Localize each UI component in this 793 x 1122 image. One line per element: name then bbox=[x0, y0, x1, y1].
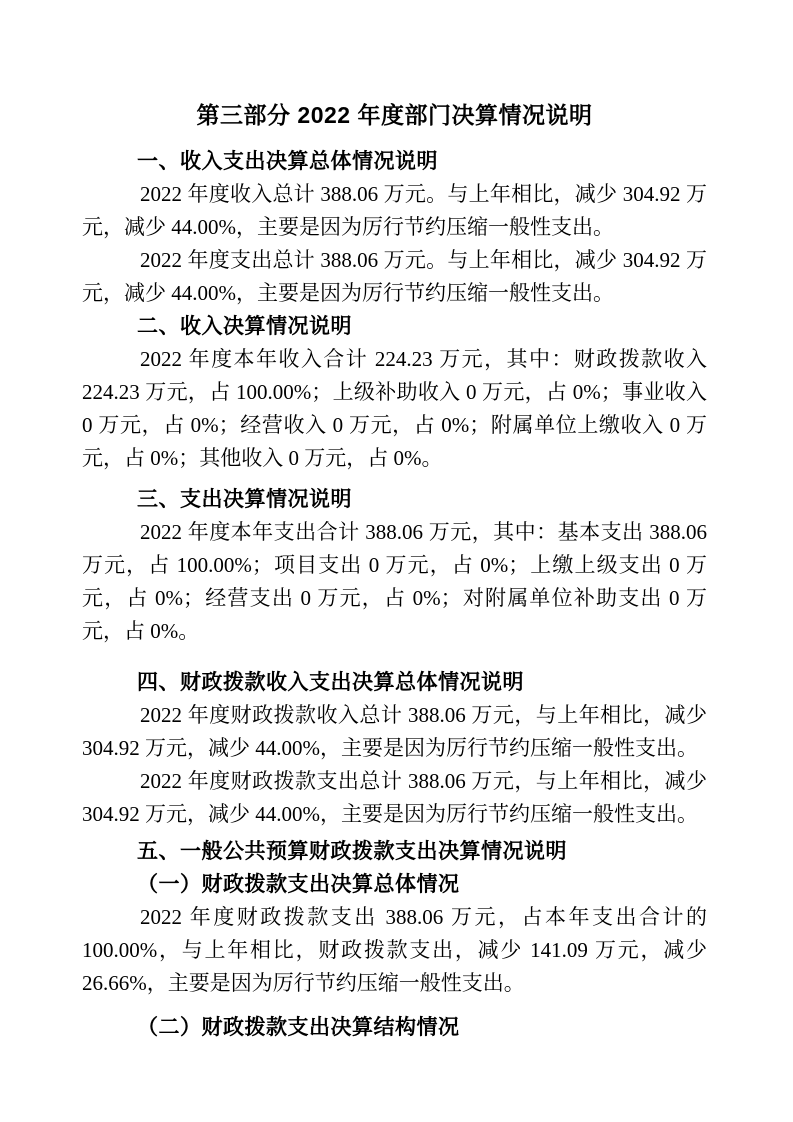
section-1-paragraph-1: 2022 年度收入总计 388.06 万元。与上年相比，减少 304.92 万元… bbox=[82, 178, 707, 244]
section-4-paragraph-1: 2022 年度财政拨款收入总计 388.06 万元，与上年相比，减少 304.9… bbox=[82, 699, 707, 765]
section-5-heading: 五、一般公共预算财政拨款支出决算情况说明 bbox=[82, 835, 707, 868]
section-2-paragraph-1: 2022 年度本年收入合计 224.23 万元，其中：财政拨款收入 224.23… bbox=[82, 343, 707, 475]
section-5-subsection-1-heading: （一）财政拨款支出决算总体情况 bbox=[82, 868, 707, 901]
section-3-heading: 三、支出决算情况说明 bbox=[82, 483, 707, 516]
section-5-subsection-1-paragraph-1: 2022 年度财政拨款支出 388.06 万元，占本年支出合计的 100.00%… bbox=[82, 901, 707, 1000]
section-3-paragraph-1: 2022 年度本年支出合计 388.06 万元，其中：基本支出 388.06 万… bbox=[82, 516, 707, 648]
document-title: 第三部分 2022 年度部门决算情况说明 bbox=[82, 99, 707, 132]
section-5-subsection-2-heading: （二）财政拨款支出决算结构情况 bbox=[82, 1011, 707, 1044]
section-2-heading: 二、收入决算情况说明 bbox=[82, 310, 707, 343]
document-page: 第三部分 2022 年度部门决算情况说明 一、收入支出决算总体情况说明 2022… bbox=[0, 0, 793, 1122]
section-4-heading: 四、财政拨款收入支出决算总体情况说明 bbox=[82, 666, 707, 699]
section-4-paragraph-2: 2022 年度财政拨款支出总计 388.06 万元，与上年相比，减少 304.9… bbox=[82, 765, 707, 831]
section-1-paragraph-2: 2022 年度支出总计 388.06 万元。与上年相比，减少 304.92 万元… bbox=[82, 244, 707, 310]
section-1-heading: 一、收入支出决算总体情况说明 bbox=[82, 145, 707, 178]
